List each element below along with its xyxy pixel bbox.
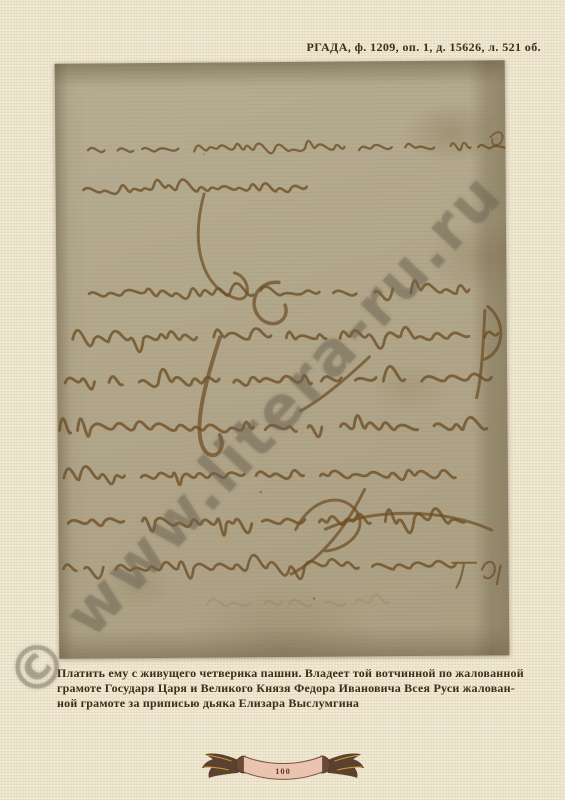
archive-reference: РГАДА, ф. 1209, оп. 1, д. 15626, л. 521 … [307, 40, 541, 55]
handwriting-stroke [490, 132, 502, 145]
handwriting-stroke [63, 553, 470, 580]
handwriting-stroke [207, 594, 389, 607]
handwriting-stroke [65, 365, 503, 389]
ribbon-left-tail [202, 754, 239, 778]
page-number: 100 [275, 767, 291, 776]
handwriting-stroke [88, 139, 509, 154]
handwriting-svg [55, 60, 510, 659]
book-page: РГАДА, ф. 1209, оп. 1, д. 15626, л. 521 … [0, 0, 565, 800]
handwriting-stroke [198, 194, 247, 300]
page-number-ribbon: 100 [199, 747, 367, 787]
ink-speck [260, 491, 262, 493]
handwriting-stroke [452, 562, 501, 588]
ink-speck [203, 154, 205, 156]
ribbon-right-tail [327, 754, 364, 778]
caption: Платить ему с живущего четверика пашни. … [57, 666, 527, 711]
caption-line: ной грамоте за приписью дьяка Елизара Вы… [57, 696, 527, 711]
handwriting-stroke [73, 326, 510, 352]
handwriting-stroke [59, 414, 495, 438]
manuscript-photo [55, 60, 510, 659]
handwriting-stroke [64, 463, 456, 485]
handwriting-stroke [83, 179, 319, 195]
handwriting-stroke [476, 306, 501, 397]
ink-speck [91, 389, 93, 391]
handwriting-stroke [199, 337, 222, 455]
handwriting-stroke [89, 280, 483, 302]
caption-line: Платить ему с живущего четверика пашни. … [57, 666, 527, 681]
caption-line: грамоте Государя Царя и Великого Князя Ф… [57, 681, 527, 696]
ink-speck [313, 597, 315, 599]
